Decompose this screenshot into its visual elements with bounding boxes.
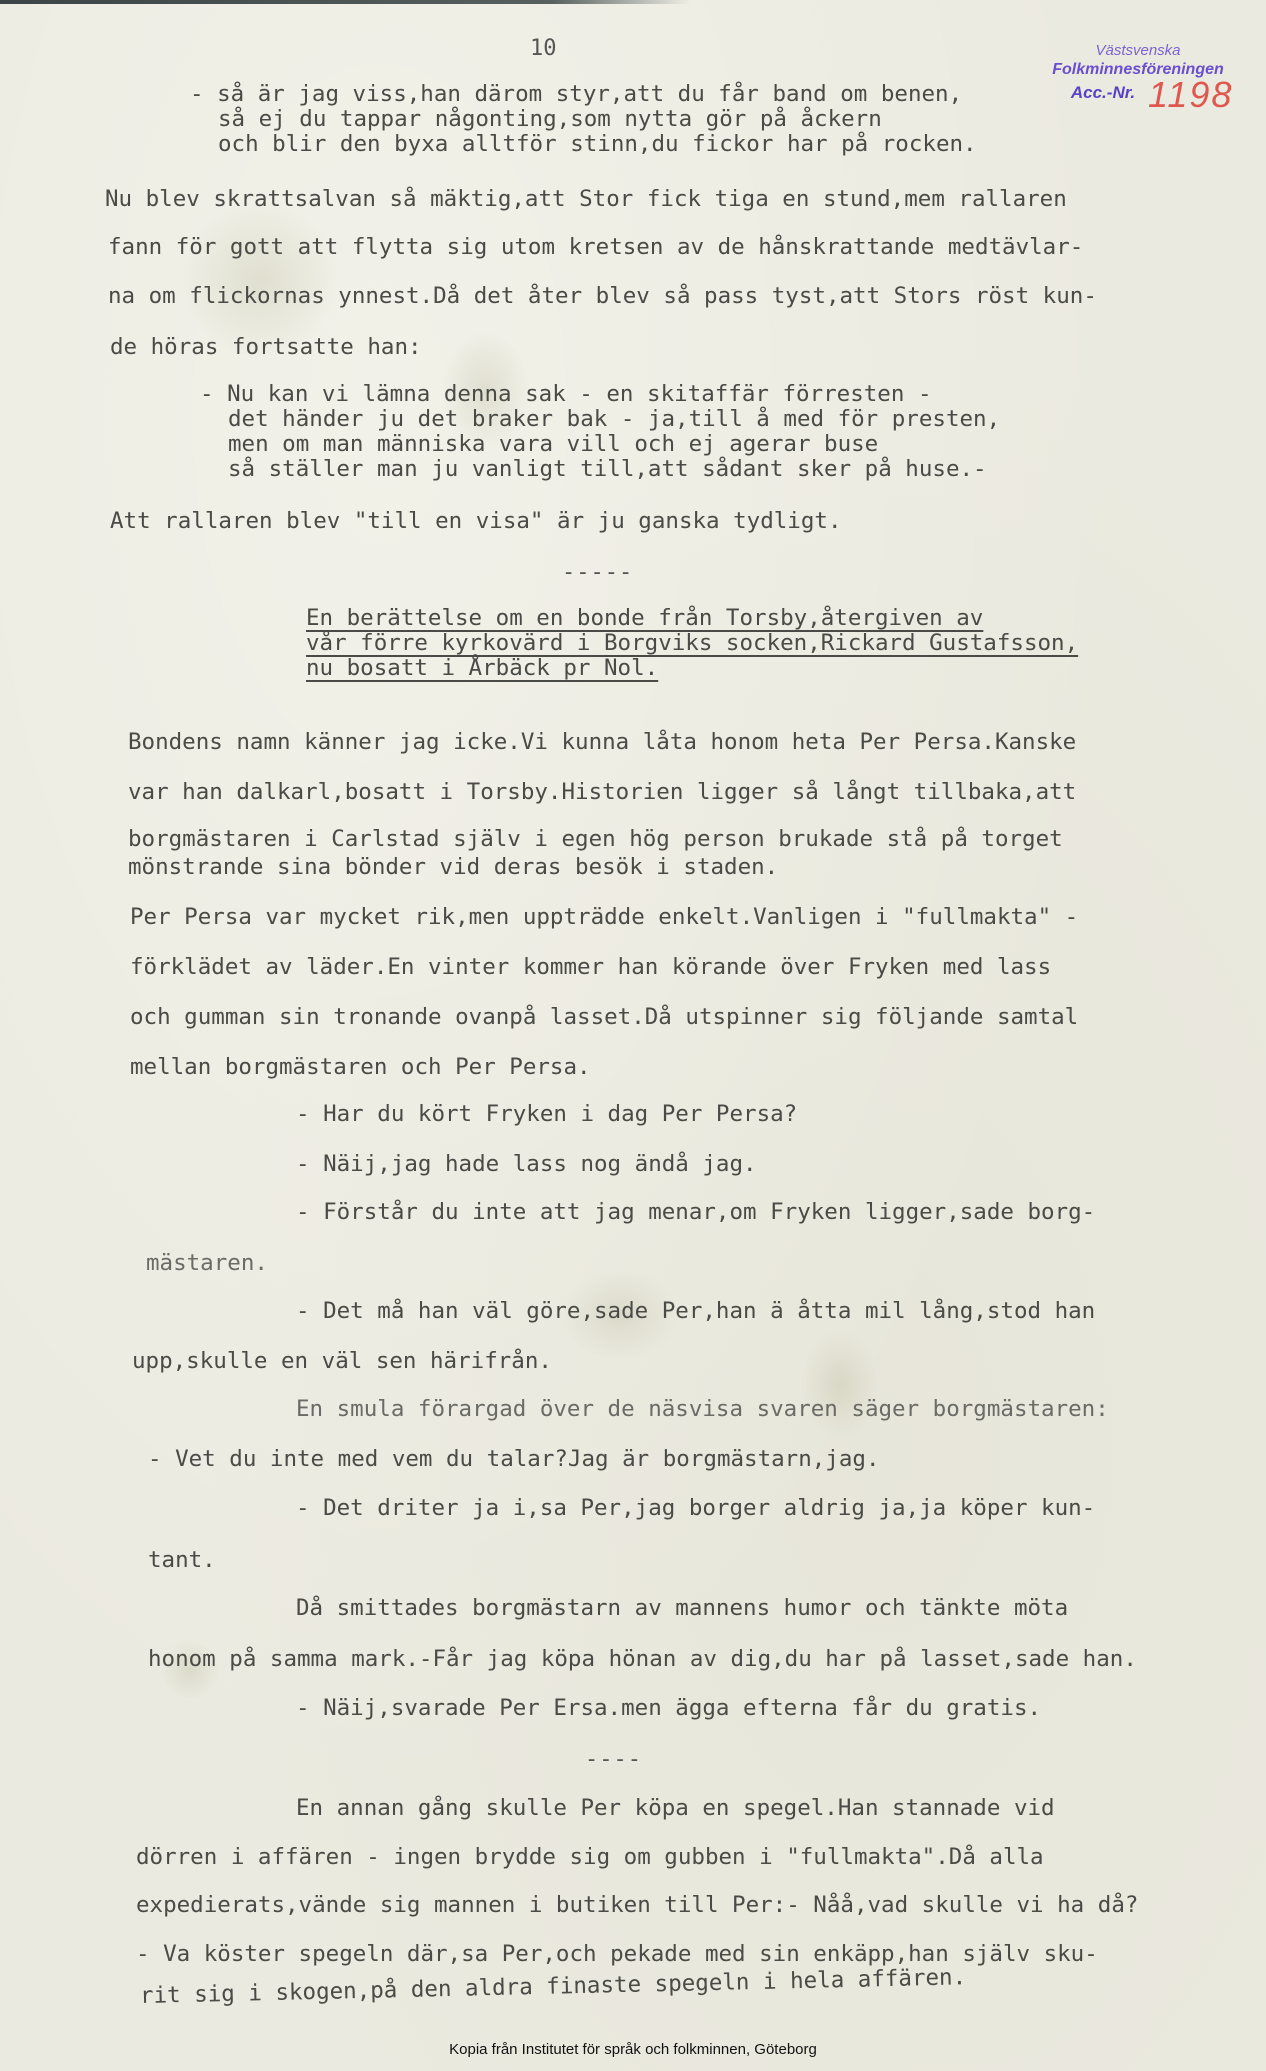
dialogue-line: upp,skulle en väl sen härifrån. [132, 1350, 552, 1373]
story-line: En smula förargad över de näsvisa svaren… [296, 1398, 1109, 1421]
stamp-acc-label: Acc.-Nr. [1071, 83, 1135, 103]
story-line: och gumman sin tronande ovanpå lasset.Då… [130, 1006, 1078, 1029]
verse-line: - Nu kan vi lämna denna sak - en skitaff… [200, 383, 932, 406]
story-line: Per Persa var mycket rik,men uppträdde e… [130, 906, 1078, 929]
dialogue-line: tant. [148, 1549, 216, 1572]
story-line: expedierats,vände sig mannen i butiken t… [136, 1894, 1138, 1917]
stamp-line-1: Västsvenska [1038, 42, 1238, 59]
dialogue-line: - Näij,svarade Per Ersa.men ägga efterna… [296, 1697, 1041, 1720]
verse-line: så ställer man ju vanligt till,att sådan… [228, 458, 987, 481]
story-line: rit sig i skogen,på den aldra finaste sp… [140, 1966, 967, 2007]
dialogue-line: - Vet du inte med vem du talar?Jag är bo… [148, 1448, 880, 1471]
paragraph-line: fann för gott att flytta sig utom kretse… [108, 236, 1083, 259]
story-line: förklädet av läder.En vinter kommer han … [130, 956, 1051, 979]
dialogue-line: - Har du kört Fryken i dag Per Persa? [296, 1103, 797, 1126]
story-line: borgmästaren i Carlstad själv i egen hög… [128, 828, 1063, 851]
story-heading-line: nu bosatt i Årbäck pr Nol. [306, 657, 658, 680]
story-line: mönstrande sina bönder vid deras besök i… [128, 856, 778, 879]
paper-stain [800, 1330, 880, 1440]
story-line: honom på samma mark.-Får jag köpa hönan … [148, 1648, 1137, 1671]
verse-line: det händer ju det braker bak - ja,till å… [228, 408, 1000, 431]
page-number: 10 [530, 36, 557, 61]
verse-line: och blir den byxa alltför stinn,du ficko… [218, 133, 977, 156]
section-separator: ---- [585, 1747, 642, 1772]
paragraph-line: Att rallaren blev "till en visa" är ju g… [110, 510, 842, 533]
archive-footer: Kopia från Institutet för språk och folk… [0, 2041, 1266, 2058]
dialogue-line: - Det må han väl göre,sade Per,han ä ått… [296, 1300, 1095, 1323]
story-line: - Va köster spegeln där,sa Per,och pekad… [136, 1943, 1098, 1966]
story-heading-line: En berättelse om en bonde från Torsby,åt… [306, 607, 983, 630]
dialogue-line: mästaren. [146, 1252, 268, 1275]
dialogue-line: - Det driter ja i,sa Per,jag borger aldr… [296, 1497, 1095, 1520]
paragraph-line: de höras fortsatte han: [110, 336, 422, 359]
story-line: var han dalkarl,bosatt i Torsby.Historie… [128, 781, 1076, 804]
verse-line: så ej du tappar någonting,som nytta gör … [218, 108, 882, 131]
section-separator: ----- [562, 560, 633, 585]
paragraph-line: na om flickornas ynnest.Då det åter blev… [108, 285, 1097, 308]
story-line: Då smittades borgmästarn av mannens humo… [296, 1597, 1068, 1620]
story-heading-line: vår förre kyrkovärd i Borgviks socken,Ri… [306, 632, 1078, 655]
verse-line: men om man människa vara vill och ej age… [228, 433, 878, 456]
paragraph-line: Nu blev skrattsalvan så mäktig,att Stor … [105, 188, 1067, 211]
dialogue-line: - Förstår du inte att jag menar,om Fryke… [296, 1201, 1095, 1224]
dialogue-line: - Näij,jag hade lass nog ändå jag. [296, 1153, 757, 1176]
story-line: mellan borgmästaren och Per Persa. [130, 1056, 591, 1079]
story-line: En annan gång skulle Per köpa en spegel.… [296, 1797, 1055, 1820]
story-line: dörren i affären - ingen brydde sig om g… [136, 1846, 1044, 1869]
story-line: Bondens namn känner jag icke.Vi kunna lå… [128, 731, 1076, 754]
verse-line: - så är jag viss,han därom styr,att du f… [190, 83, 962, 106]
accession-number: 1198 [1148, 74, 1233, 116]
scan-edge [0, 0, 690, 4]
